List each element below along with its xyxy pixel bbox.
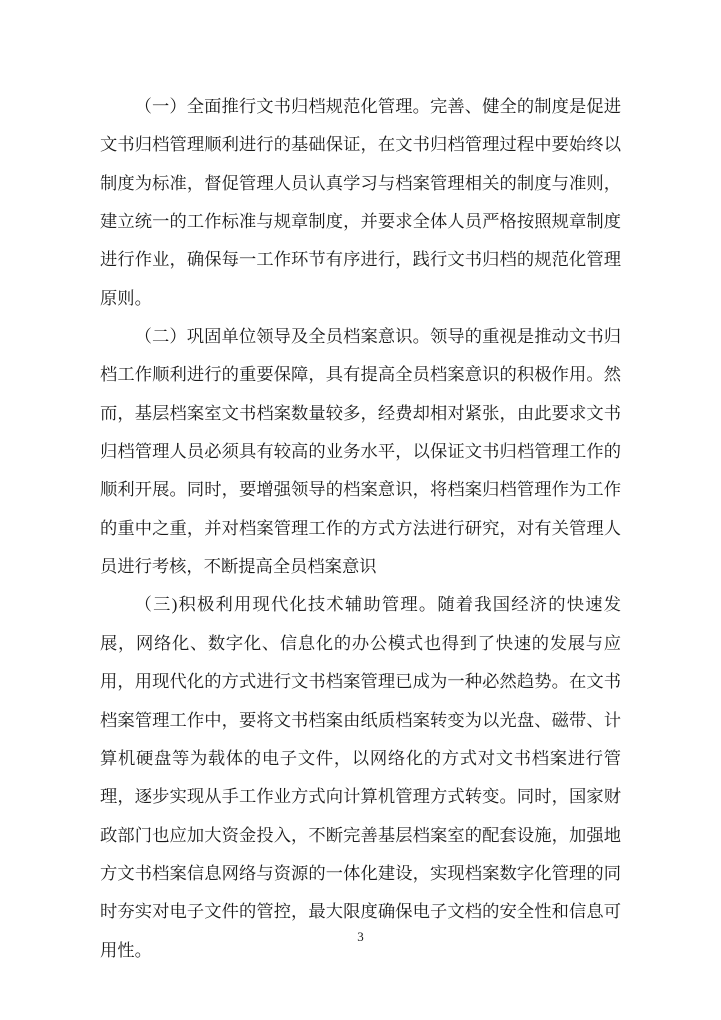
paragraph-1: （一）全面推行文书归档规范化管理。完善、健全的制度是促进文书归档管理顺利进行的基… [100,88,621,318]
page-number: 3 [0,928,721,946]
paragraph-2: （二）巩固单位领导及全员档案意识。领导的重视是推动文书归档工作顺利进行的重要保障… [100,318,621,586]
paragraph-3: （三)积极利用现代化技术辅助管理。随着我国经济的快速发展，网络化、数字化、信息化… [100,586,621,969]
document-page: （一）全面推行文书归档规范化管理。完善、健全的制度是促进文书归档管理顺利进行的基… [0,0,721,1020]
document-body: （一）全面推行文书归档规范化管理。完善、健全的制度是促进文书归档管理顺利进行的基… [100,88,621,970]
